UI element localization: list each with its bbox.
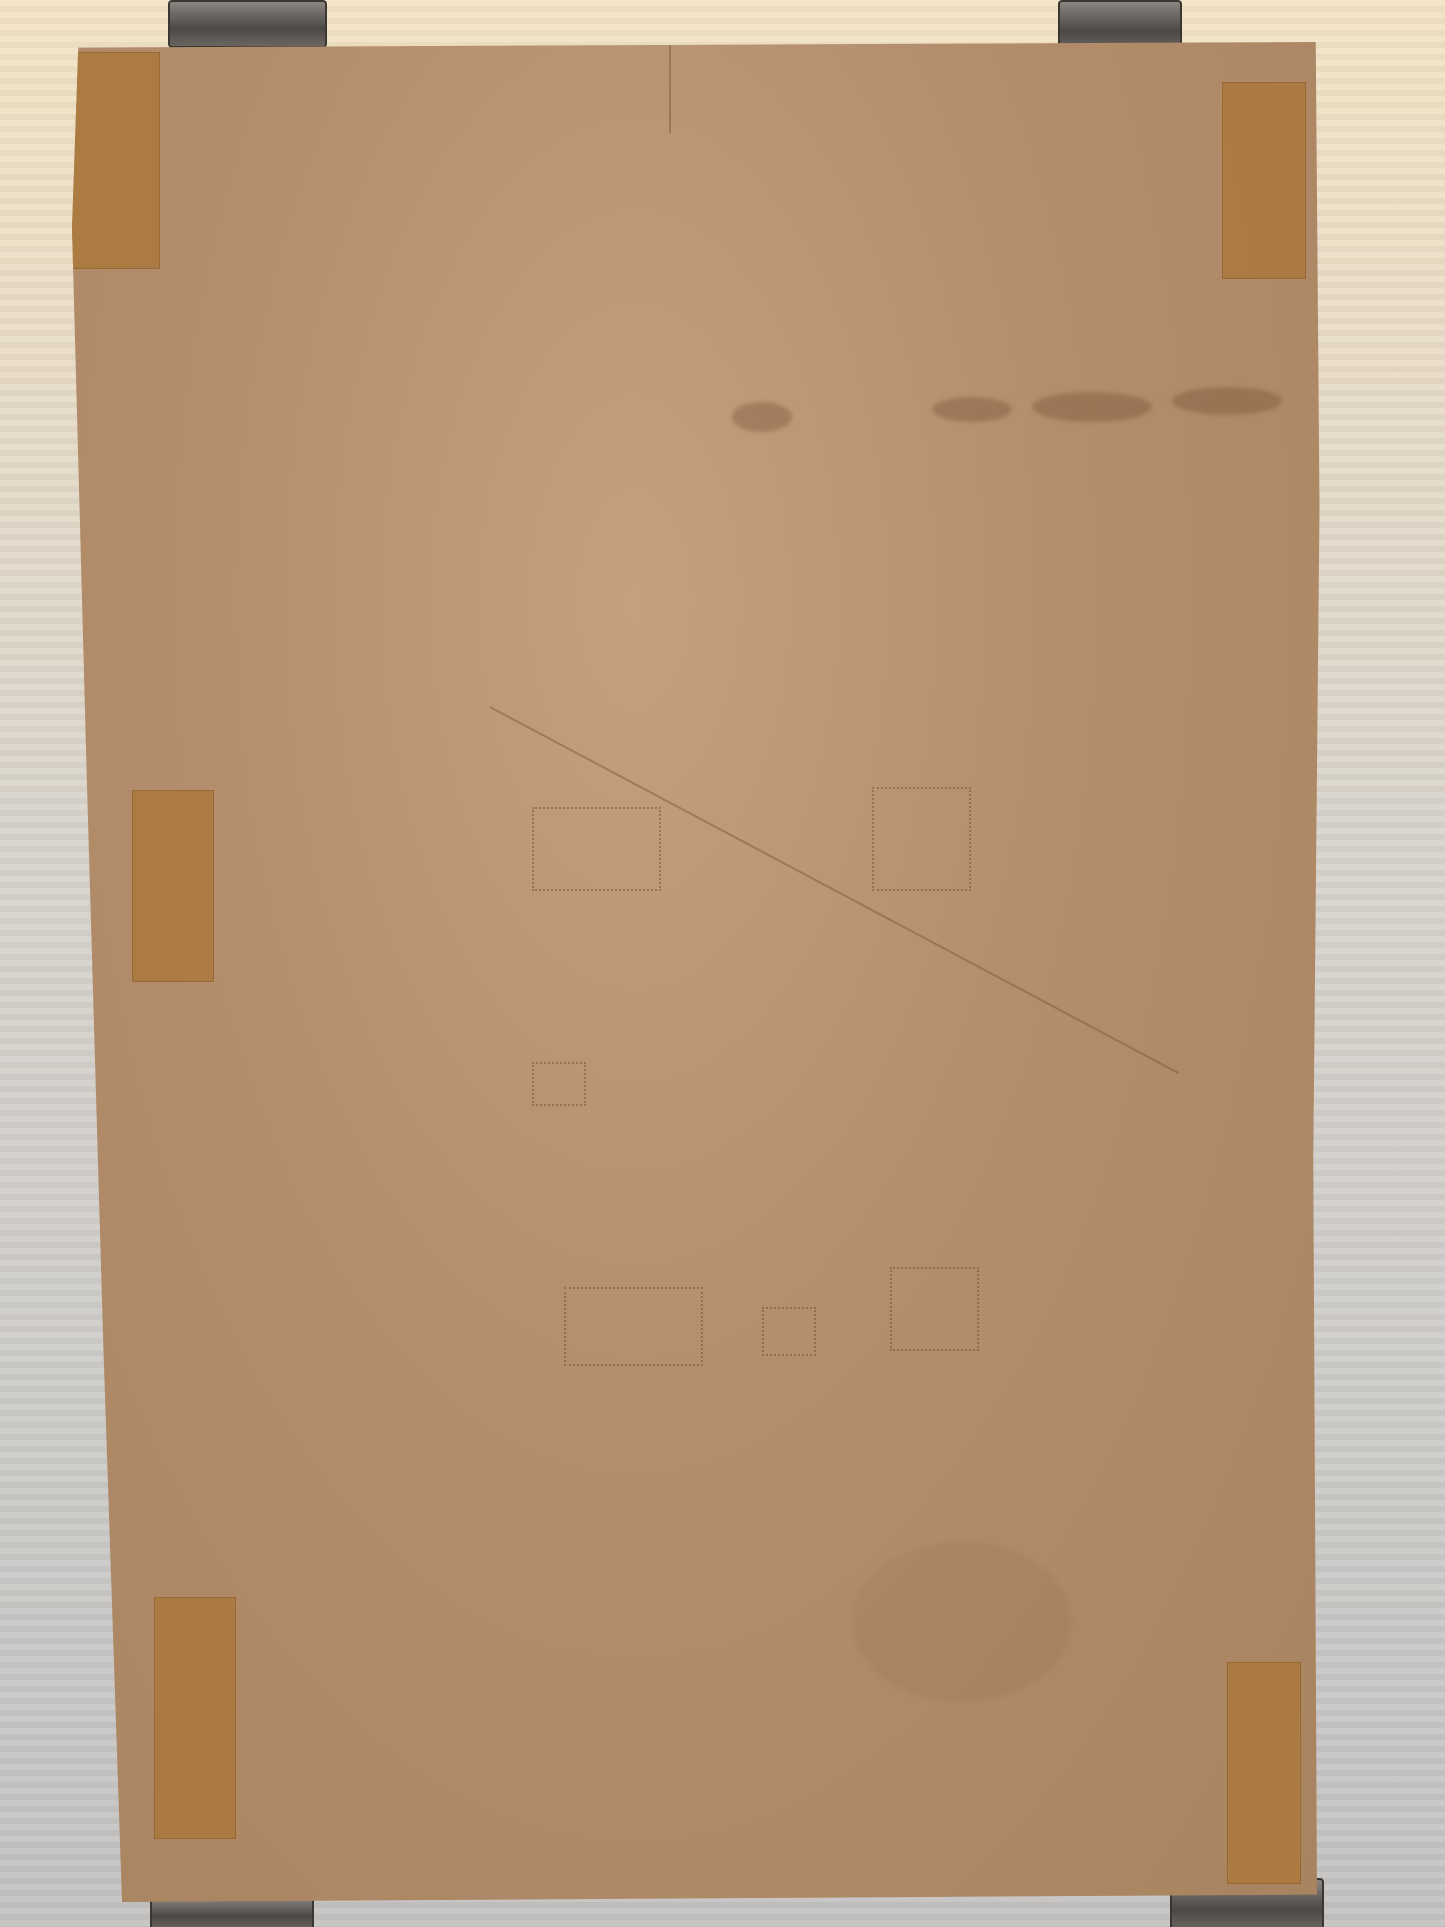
stamp-outline bbox=[564, 1287, 703, 1366]
stain bbox=[1032, 392, 1152, 422]
tape-top-right bbox=[1222, 82, 1306, 279]
stain bbox=[732, 402, 792, 432]
poster-back bbox=[72, 42, 1322, 1902]
stain bbox=[1172, 387, 1282, 415]
stamp-outline bbox=[890, 1267, 979, 1351]
stamp-outline bbox=[532, 1062, 586, 1106]
metal-clip-top-left bbox=[168, 0, 327, 48]
tape-bottom-right bbox=[1227, 1662, 1301, 1884]
tape-bottom-left bbox=[154, 1597, 236, 1839]
stamp-outline bbox=[872, 787, 971, 891]
tape-mid-left bbox=[132, 790, 214, 982]
stain bbox=[852, 1542, 1072, 1702]
stamp-outline bbox=[532, 807, 661, 891]
stain bbox=[932, 397, 1012, 422]
tape-top-left bbox=[66, 52, 160, 269]
stamp-outline bbox=[762, 1307, 816, 1356]
fold-line-vertical bbox=[669, 43, 671, 133]
